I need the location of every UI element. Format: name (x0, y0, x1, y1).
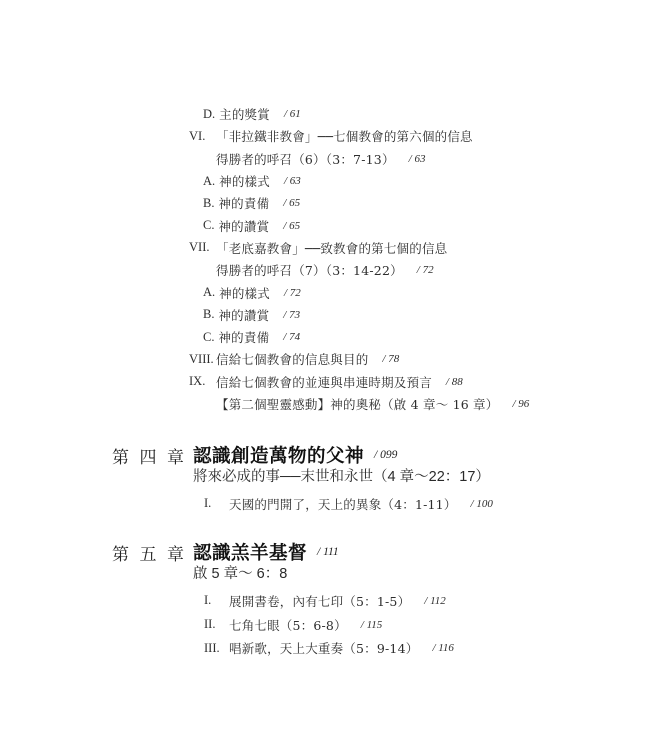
entry-page-number: / 115 (361, 619, 383, 631)
entry-text: 得勝者的呼召（7）（3：14-22） (216, 261, 403, 279)
toc-entry: C.神的責備/ 74 (0, 326, 650, 348)
entry-page-number: / 96 (512, 398, 529, 410)
toc-entry: 得勝者的呼召（7）（3：14-22）/ 72 (0, 259, 650, 281)
entry-letter: A. (203, 174, 215, 189)
entry-numeral: VII. (189, 240, 216, 255)
entry-letter: C. (203, 218, 214, 233)
toc-entry: B.神的讚賞/ 73 (0, 304, 650, 326)
chapter-heading: 第四章認識創造萬物的父神/ 099 (0, 443, 650, 467)
toc-entry: I.展開書卷，內有七印（5：1-5）/ 112 (0, 589, 650, 613)
entry-numeral: IX. (189, 374, 216, 389)
entry-page-number: / 63 (409, 153, 426, 165)
entry-page-number: / 72 (417, 264, 434, 276)
entry-letter: A. (203, 285, 215, 300)
toc-entry: A.神的樣式/ 72 (0, 281, 650, 303)
entry-text: 神的讚賞 (218, 217, 269, 235)
chapter-number-char: 章 (167, 443, 184, 468)
chapter-number-char: 第 (112, 443, 129, 468)
toc-entry: VII.「老底嘉教會」──致教會的第七個的信息 (0, 237, 650, 259)
toc-entry: IX.信給七個教會的並連與串連時期及預言/ 88 (0, 371, 650, 393)
chapter-number-char: 四 (140, 443, 157, 468)
toc-entry: 【第二個聖靈感動】神的奧秘（啟 4 章～ 16 章）/ 96 (0, 393, 650, 415)
book-toc-page: D.主的獎賞/ 61VI.「非拉鐵非教會」──七個教會的第六個的信息得勝者的呼召… (0, 0, 650, 750)
entry-numeral: II. (204, 617, 229, 632)
chapter-page-number: / 111 (317, 546, 339, 558)
chapter-number-char: 五 (140, 540, 157, 565)
chapter-subtitle: 將來必成的事──末世和永世（4 章～22：17） (193, 467, 650, 488)
toc-entry: B.神的責備/ 65 (0, 192, 650, 214)
chapter-heading: 第五章認識羔羊基督/ 111 (0, 540, 650, 564)
toc-entry: C.神的讚賞/ 65 (0, 214, 650, 236)
entry-page-number: / 88 (446, 376, 463, 388)
entry-text: 唱新歌，天上大重奏（5：9-14） (229, 639, 418, 657)
chapter-number-char: 章 (167, 540, 184, 565)
entry-text: 信給七個教會的信息與目的 (216, 350, 368, 368)
entry-page-number: / 100 (471, 498, 493, 510)
entry-page-number: / 61 (284, 108, 301, 120)
toc-entry: VIII.信給七個教會的信息與目的/ 78 (0, 348, 650, 370)
chapter-item-list: I.展開書卷，內有七印（5：1-5）/ 112II.七角七眼（5：6-8）/ 1… (0, 589, 650, 660)
entry-page-number: / 78 (382, 353, 399, 365)
toc-entry: D.主的獎賞/ 61 (0, 103, 650, 125)
chapter-number-label: 第五章 (112, 540, 184, 565)
entry-text: 得勝者的呼召（6）（3：7-13） (216, 150, 395, 168)
entry-text: 天國的門開了，天上的異象（4：1-11） (229, 495, 457, 513)
entry-text: 主的獎賞 (219, 105, 270, 123)
chapter-subtitle: 啟 5 章～ 6：8 (193, 564, 650, 585)
entry-page-number: / 72 (284, 287, 301, 299)
entry-page-number: / 65 (283, 197, 300, 209)
chapter-title: 認識創造萬物的父神 (193, 442, 364, 468)
entry-numeral: I. (204, 593, 229, 608)
chapter-item-list: I.天國的門開了，天上的異象（4：1-11）/ 100 (0, 492, 650, 516)
entry-letter: D. (203, 107, 215, 122)
entry-letter: C. (203, 330, 214, 345)
chapter-page-number: / 099 (374, 449, 397, 461)
chapter-number-label: 第四章 (112, 443, 184, 468)
entry-numeral: VIII. (189, 352, 216, 367)
entry-page-number: / 63 (284, 175, 301, 187)
entry-text: 展開書卷，內有七印（5：1-5） (229, 592, 410, 610)
entry-text: 神的讚賞 (218, 306, 269, 324)
entry-page-number: / 65 (283, 220, 300, 232)
chapter-block: 第四章認識創造萬物的父神/ 099將來必成的事──末世和永世（4 章～22：17… (0, 443, 650, 516)
entry-text: 「老底嘉教會」──致教會的第七個的信息 (216, 239, 447, 257)
entry-text: 神的樣式 (219, 172, 270, 190)
toc-entry: III.唱新歌，天上大重奏（5：9-14）/ 116 (0, 637, 650, 661)
entry-text: 神的責備 (218, 328, 269, 346)
entry-page-number: / 74 (283, 331, 300, 343)
chapter-number-char: 第 (112, 540, 129, 565)
entry-numeral: VI. (189, 129, 216, 144)
chapter-block: 第五章認識羔羊基督/ 111啟 5 章～ 6：8I.展開書卷，內有七印（5：1-… (0, 540, 650, 660)
toc-entry: VI.「非拉鐵非教會」──七個教會的第六個的信息 (0, 125, 650, 147)
entry-text: 【第二個聖靈感動】神的奧秘（啟 4 章～ 16 章） (216, 395, 498, 413)
toc-entry: A.神的樣式/ 63 (0, 170, 650, 192)
entry-page-number: / 73 (283, 309, 300, 321)
entry-text: 七角七眼（5：6-8） (229, 616, 347, 634)
entry-letter: B. (203, 196, 214, 211)
entry-page-number: / 112 (424, 595, 446, 607)
entry-numeral: III. (204, 641, 229, 656)
chapter-title: 認識羔羊基督 (193, 539, 307, 565)
entry-text: 「非拉鐵非教會」──七個教會的第六個的信息 (216, 127, 473, 145)
toc-entry: I.天國的門開了，天上的異象（4：1-11）/ 100 (0, 492, 650, 516)
entry-page-number: / 116 (432, 642, 454, 654)
entry-text: 神的責備 (218, 194, 269, 212)
entry-letter: B. (203, 307, 214, 322)
toc-continuation-list: D.主的獎賞/ 61VI.「非拉鐵非教會」──七個教會的第六個的信息得勝者的呼召… (0, 103, 650, 415)
toc-entry: II.七角七眼（5：6-8）/ 115 (0, 613, 650, 637)
entry-text: 神的樣式 (219, 284, 270, 302)
toc-entry: 得勝者的呼召（6）（3：7-13）/ 63 (0, 148, 650, 170)
entry-numeral: I. (204, 496, 229, 511)
entry-text: 信給七個教會的並連與串連時期及預言 (216, 373, 432, 391)
